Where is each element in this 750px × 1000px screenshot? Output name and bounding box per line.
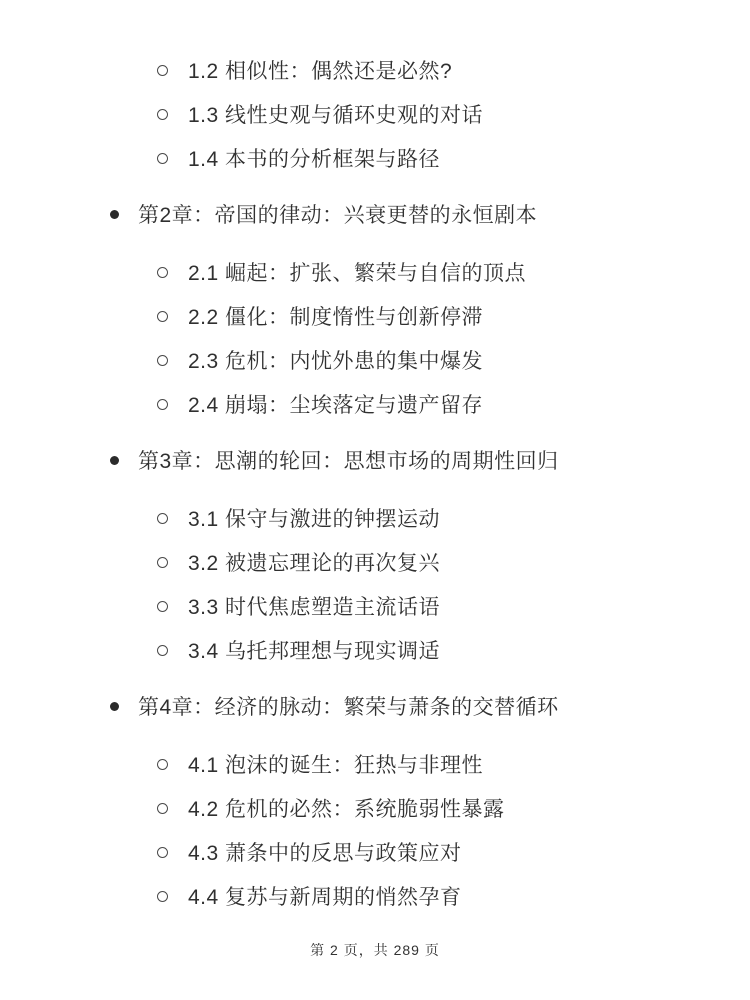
bullet-hollow-icon xyxy=(157,557,168,568)
bullet-filled-icon xyxy=(110,210,119,219)
toc-section-item: 3.3 时代焦虑塑造主流话语 xyxy=(157,584,750,628)
bullet-hollow-icon xyxy=(157,847,168,858)
toc-item-text: 3.4 乌托邦理想与现实调适 xyxy=(188,635,440,665)
toc-item-text: 4.4 复苏与新周期的悄然孕育 xyxy=(188,881,462,911)
toc-item-text: 1.2 相似性：偶然还是必然? xyxy=(188,55,452,85)
bullet-hollow-icon xyxy=(157,803,168,814)
bullet-hollow-icon xyxy=(157,399,168,410)
toc-section-item: 1.2 相似性：偶然还是必然? xyxy=(157,48,750,92)
toc-section-item: 1.3 线性史观与循环史观的对话 xyxy=(157,92,750,136)
toc-section-item: 4.2 危机的必然：系统脆弱性暴露 xyxy=(157,786,750,830)
toc-item-text: 4.2 危机的必然：系统脆弱性暴露 xyxy=(188,793,505,823)
toc-chapter-item: 第3章：思潮的轮回：思想市场的周期性回归 xyxy=(110,438,750,482)
bullet-hollow-icon xyxy=(157,513,168,524)
toc-chapter-item: 第2章：帝国的律动：兴衰更替的永恒剧本 xyxy=(110,192,750,236)
bullet-hollow-icon xyxy=(157,355,168,366)
bullet-hollow-icon xyxy=(157,891,168,902)
toc-section-item: 3.2 被遗忘理论的再次复兴 xyxy=(157,540,750,584)
bullet-hollow-icon xyxy=(157,109,168,120)
bullet-hollow-icon xyxy=(157,267,168,278)
bullet-filled-icon xyxy=(110,456,119,465)
page-number-label: 第 2 页，共 289 页 xyxy=(310,942,440,958)
toc-section-item: 4.1 泡沫的诞生：狂热与非理性 xyxy=(157,742,750,786)
toc-section-item: 2.1 崛起：扩张、繁荣与自信的顶点 xyxy=(157,250,750,294)
document-page: 1.2 相似性：偶然还是必然?1.3 线性史观与循环史观的对话1.4 本书的分析… xyxy=(0,0,750,1000)
toc-item-text: 3.1 保守与激进的钟摆运动 xyxy=(188,503,440,533)
toc-item-text: 3.2 被遗忘理论的再次复兴 xyxy=(188,547,440,577)
toc-section-item: 2.3 危机：内忧外患的集中爆发 xyxy=(157,338,750,382)
bullet-hollow-icon xyxy=(157,645,168,656)
toc-item-text: 2.3 危机：内忧外患的集中爆发 xyxy=(188,345,483,375)
toc-section-item: 3.4 乌托邦理想与现实调适 xyxy=(157,628,750,672)
toc-section-item: 4.4 复苏与新周期的悄然孕育 xyxy=(157,874,750,918)
toc-section-item: 1.4 本书的分析框架与路径 xyxy=(157,136,750,180)
toc-section-item: 2.4 崩塌：尘埃落定与遗产留存 xyxy=(157,382,750,426)
table-of-contents: 1.2 相似性：偶然还是必然?1.3 线性史观与循环史观的对话1.4 本书的分析… xyxy=(0,0,750,918)
bullet-hollow-icon xyxy=(157,601,168,612)
toc-item-text: 4.1 泡沫的诞生：狂热与非理性 xyxy=(188,749,483,779)
toc-item-text: 1.3 线性史观与循环史观的对话 xyxy=(188,99,483,129)
bullet-hollow-icon xyxy=(157,311,168,322)
toc-chapter-item: 第4章：经济的脉动：繁荣与萧条的交替循环 xyxy=(110,684,750,728)
toc-item-text: 第4章：经济的脉动：繁荣与萧条的交替循环 xyxy=(138,691,559,721)
toc-item-text: 2.2 僵化：制度惰性与创新停滞 xyxy=(188,301,483,331)
bullet-filled-icon xyxy=(110,702,119,711)
toc-item-text: 第2章：帝国的律动：兴衰更替的永恒剧本 xyxy=(138,199,537,229)
toc-item-text: 1.4 本书的分析框架与路径 xyxy=(188,143,440,173)
toc-item-text: 3.3 时代焦虑塑造主流话语 xyxy=(188,591,440,621)
bullet-hollow-icon xyxy=(157,153,168,164)
toc-item-text: 4.3 萧条中的反思与政策应对 xyxy=(188,837,462,867)
bullet-hollow-icon xyxy=(157,65,168,76)
toc-item-text: 第3章：思潮的轮回：思想市场的周期性回归 xyxy=(138,445,559,475)
page-footer: 第 2 页，共 289 页 xyxy=(0,940,750,960)
toc-section-item: 2.2 僵化：制度惰性与创新停滞 xyxy=(157,294,750,338)
toc-item-text: 2.1 崛起：扩张、繁荣与自信的顶点 xyxy=(188,257,526,287)
bullet-hollow-icon xyxy=(157,759,168,770)
toc-section-item: 3.1 保守与激进的钟摆运动 xyxy=(157,496,750,540)
toc-item-text: 2.4 崩塌：尘埃落定与遗产留存 xyxy=(188,389,483,419)
toc-section-item: 4.3 萧条中的反思与政策应对 xyxy=(157,830,750,874)
